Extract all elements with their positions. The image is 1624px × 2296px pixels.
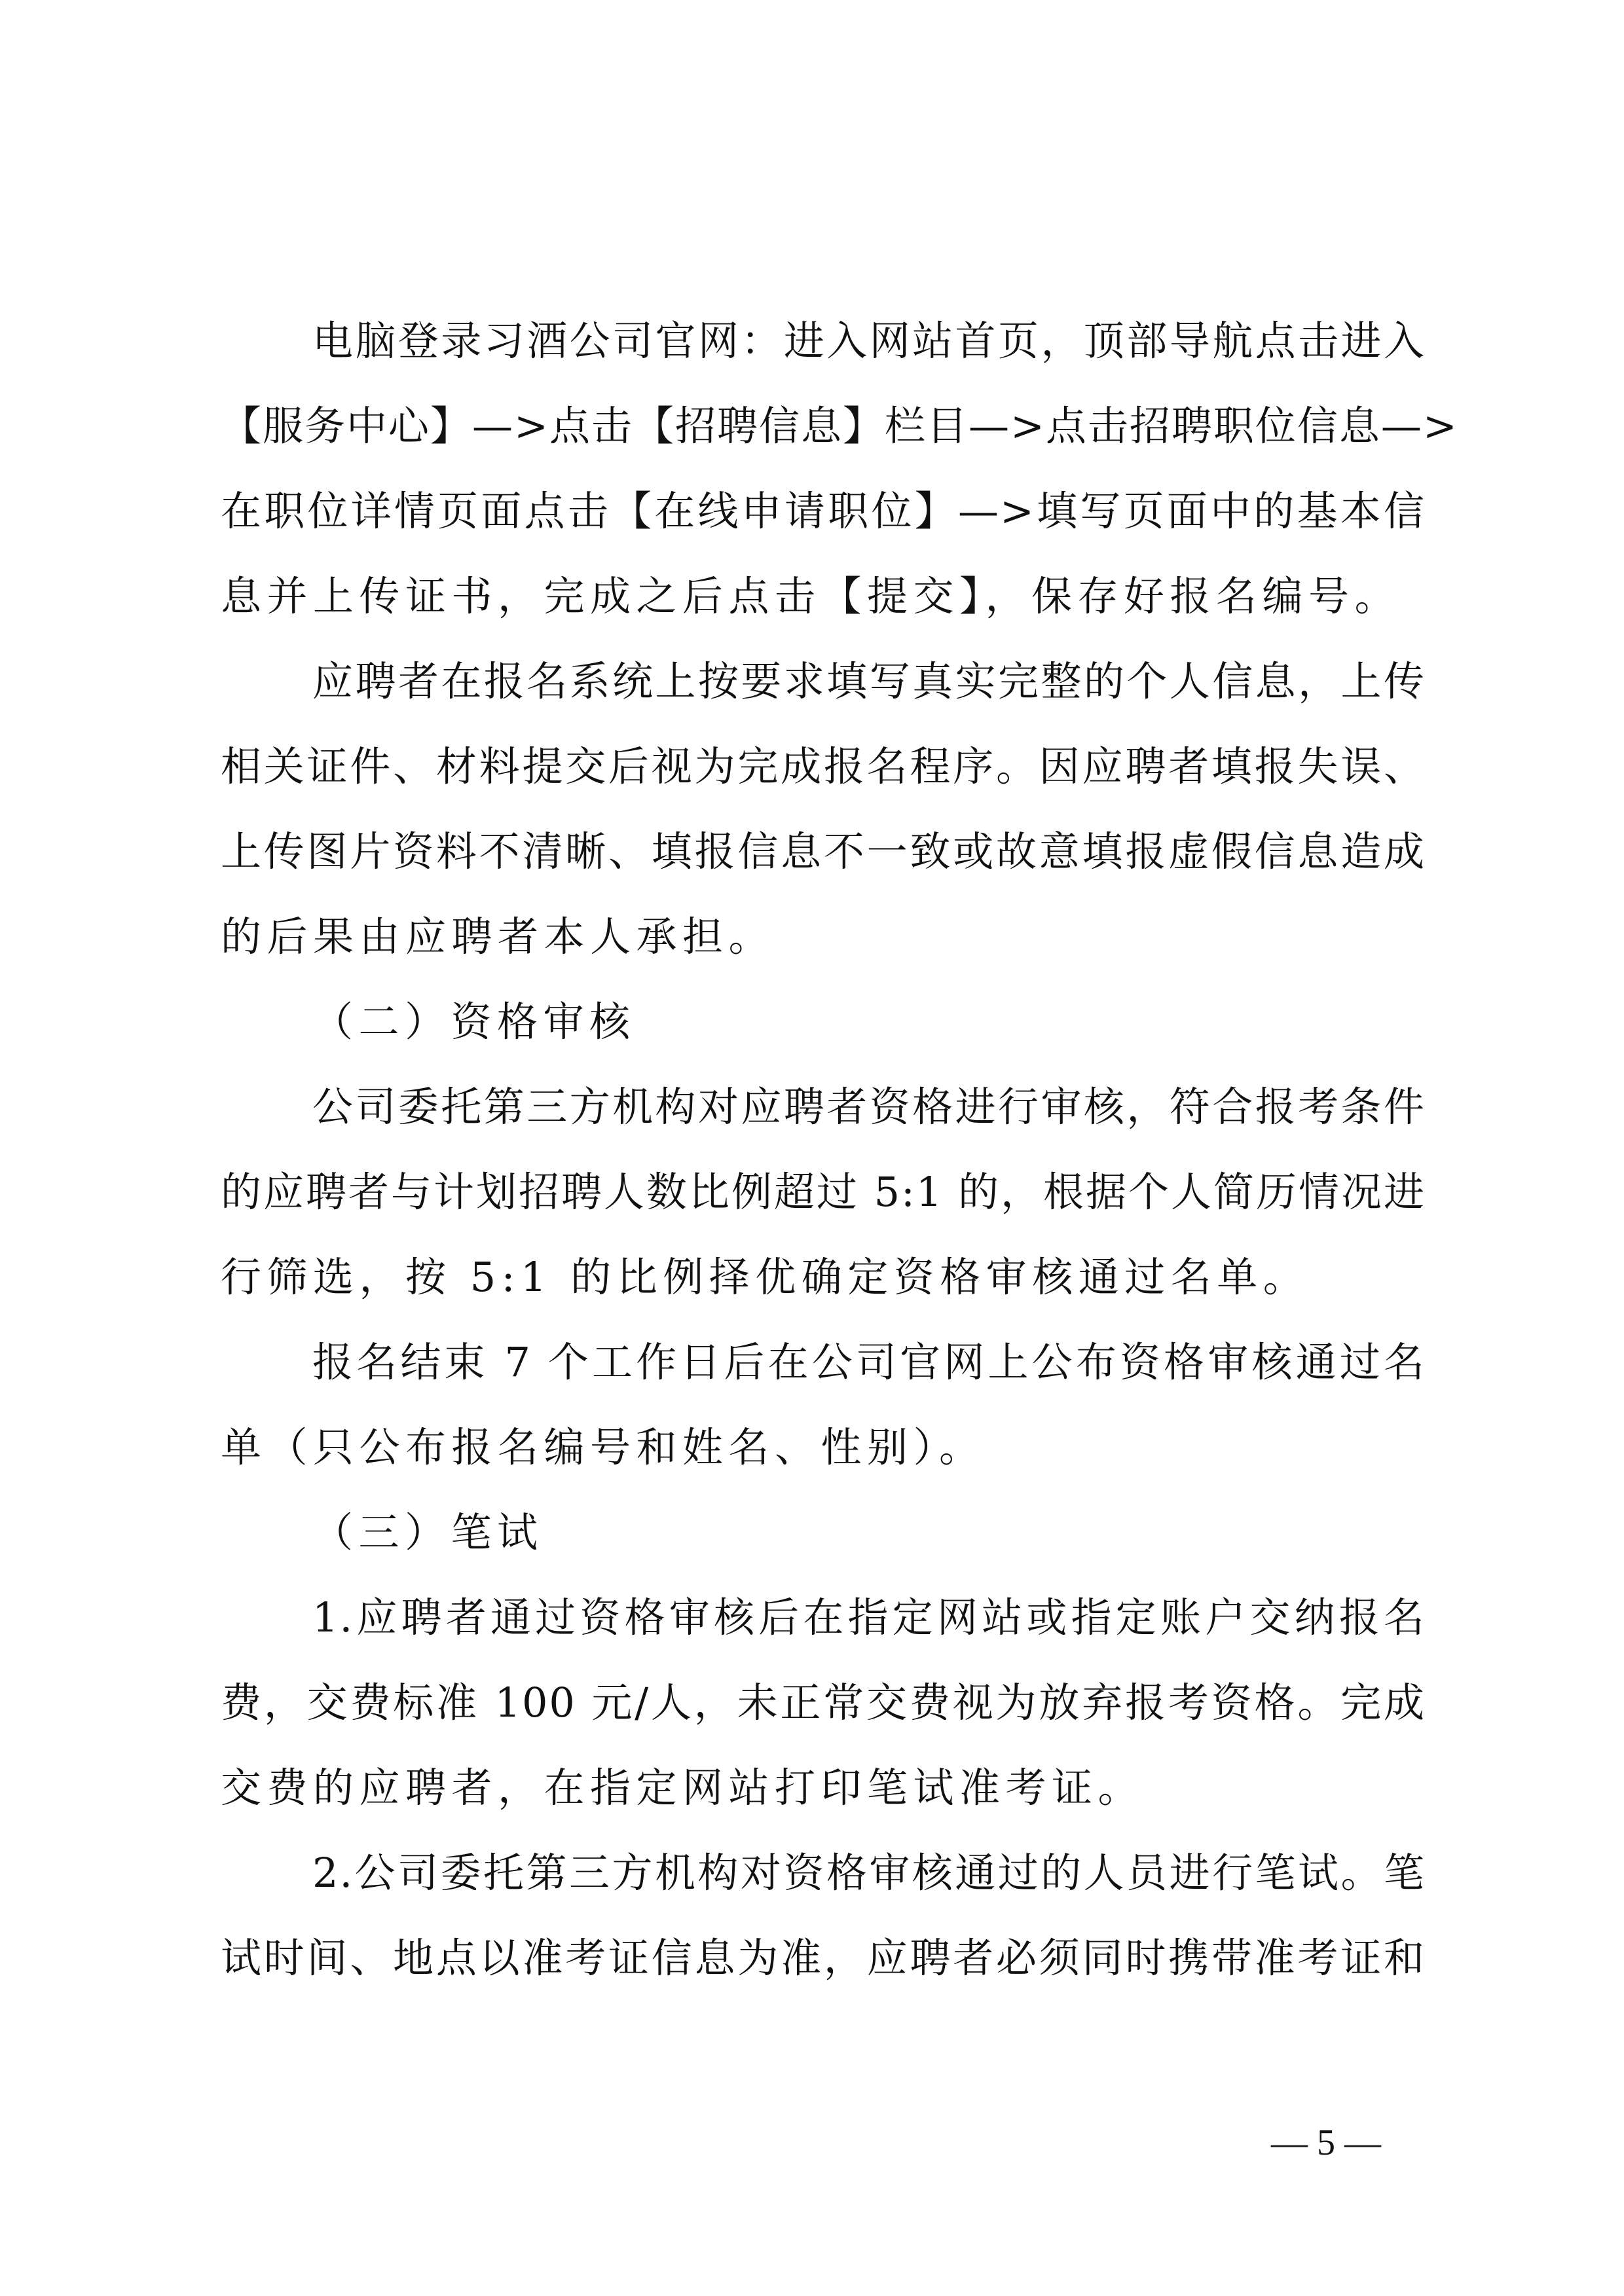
body-line: 的应聘者与计划招聘人数比例超过 5:1 的，根据个人简历情况进 (221, 1166, 1426, 1218)
body-line: 在职位详情页面点击【在线申请职位】—>填写页面中的基本信 (221, 485, 1426, 538)
body-line: 试时间、地点以准考证信息为准，应聘者必须同时携带准考证和 (221, 1932, 1426, 1984)
body-line: 公司委托第三方机构对应聘者资格进行审核，符合报考条件 (221, 1081, 1426, 1133)
section-heading-written-exam: （三）笔试 (221, 1506, 1426, 1559)
page-number: — 5 — (1251, 2120, 1401, 2166)
body-line: 【服务中心】—>点击【招聘信息】栏目—>点击招聘职位信息—> (221, 400, 1426, 452)
body-line: 报名结束 7 个工作日后在公司官网上公布资格审核通过名 (221, 1336, 1426, 1389)
body-line: 息并上传证书，完成之后点击【提交】，保存好报名编号。 (221, 570, 1426, 623)
section-heading-qualification-review: （二）资格审核 (221, 996, 1426, 1048)
body-line: 的后果由应聘者本人承担。 (221, 911, 1426, 963)
body-line: 2.公司委托第三方机构对资格审核通过的人员进行笔试。笔 (221, 1847, 1426, 1899)
document-page: 电脑登录习酒公司官网：进入网站首页，顶部导航点击进入 【服务中心】—>点击【招聘… (0, 0, 1624, 2296)
body-line: 行筛选，按 5:1 的比例择优确定资格审核通过名单。 (221, 1251, 1426, 1303)
body-line: 上传图片资料不清晰、填报信息不一致或故意填报虚假信息造成 (221, 826, 1426, 878)
body-line: 费，交费标准 100 元/人，未正常交费视为放弃报考资格。完成 (221, 1677, 1426, 1729)
body-line: 应聘者在报名系统上按要求填写真实完整的个人信息，上传 (221, 655, 1426, 708)
body-line: 交费的应聘者，在指定网站打印笔试准考证。 (221, 1762, 1426, 1814)
body-line: 相关证件、材料提交后视为完成报名程序。因应聘者填报失误、 (221, 740, 1426, 793)
body-line: 1.应聘者通过资格审核后在指定网站或指定账户交纳报名 (221, 1592, 1426, 1644)
body-line: 单（只公布报名编号和姓名、性别）。 (221, 1421, 1426, 1474)
body-line: 电脑登录习酒公司官网：进入网站首页，顶部导航点击进入 (221, 315, 1426, 367)
